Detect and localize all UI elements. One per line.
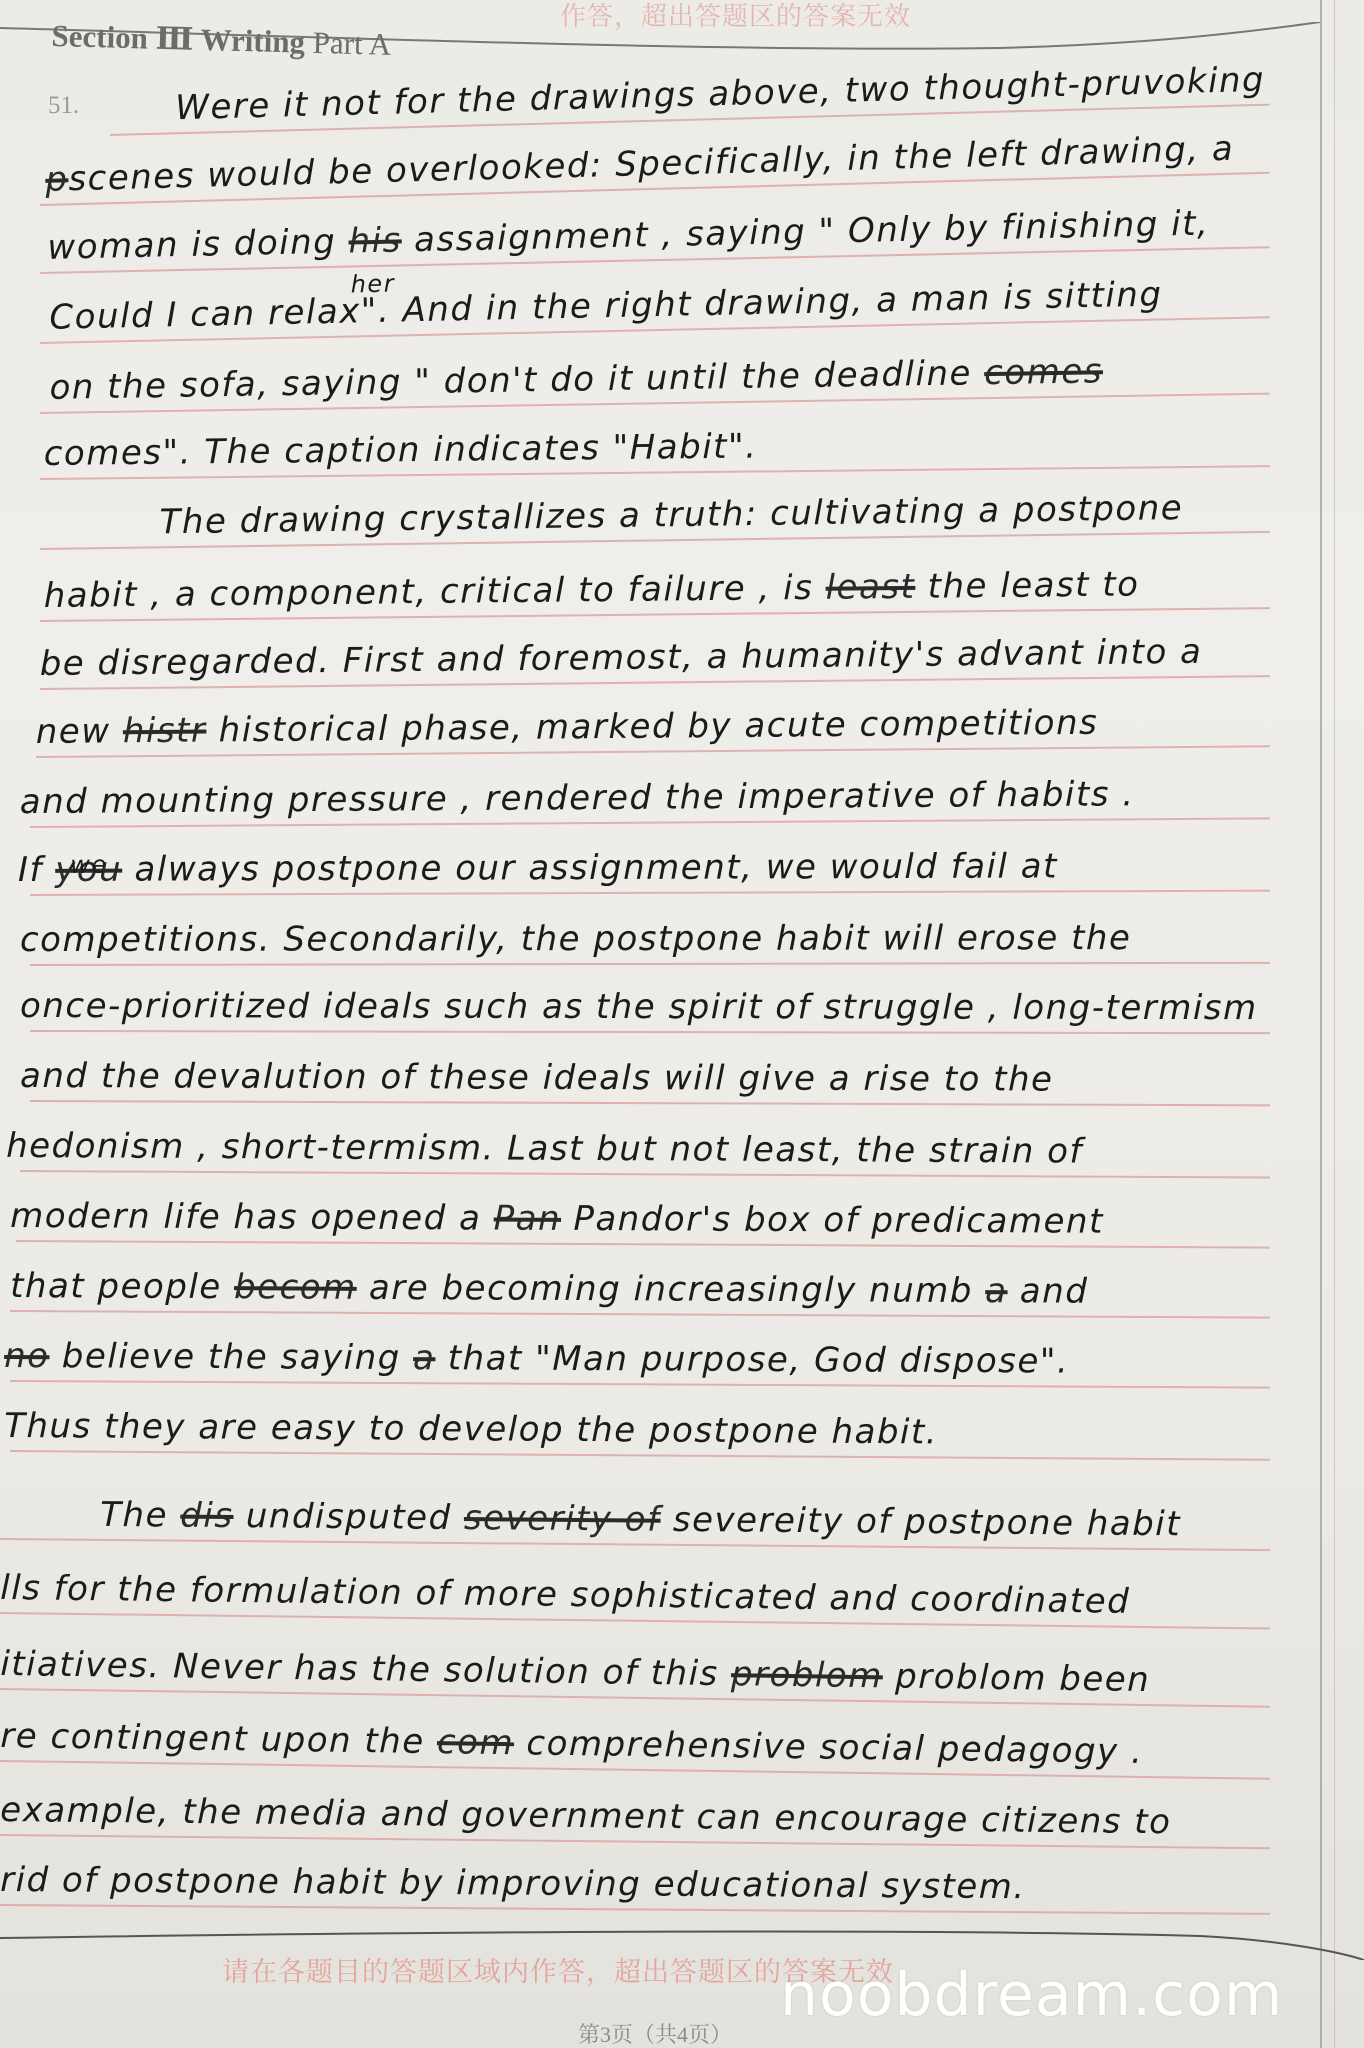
essay-line: no believe the saying a that "Man purpos… <box>10 1310 1270 1389</box>
text-segment: If <box>18 850 55 890</box>
struck-text: a <box>413 1338 436 1378</box>
struck-text: dis <box>180 1496 234 1536</box>
text-segment: rid of postpone habit by improving educa… <box>0 1860 1026 1907</box>
handwritten-text: no believe the saying a that "Man purpos… <box>4 1336 1069 1382</box>
text-segment: believe the saying <box>49 1336 413 1378</box>
handwritten-text: rid of postpone habit by improving educa… <box>0 1860 1026 1907</box>
text-segment: the least to <box>915 564 1140 606</box>
struck-text: a <box>985 1271 1008 1311</box>
handwritten-text: that people becom are becoming increasin… <box>10 1266 1088 1312</box>
handwritten-text: once-prioritized ideals such as the spir… <box>20 986 1258 1028</box>
handwritten-text: be disregarded. First and foremost, a hu… <box>40 632 1203 684</box>
handwritten-text: hedonism , short-termism. Last but not l… <box>6 1126 1083 1172</box>
text-segment: modern life has opened a <box>10 1196 494 1239</box>
essay-body: Were it not for the drawings above, two … <box>0 0 1364 2048</box>
struck-text: severity of <box>464 1498 661 1540</box>
text-segment: and <box>1007 1271 1088 1311</box>
struck-text: his <box>348 220 402 261</box>
text-segment: and mounting pressure , rendered the imp… <box>20 774 1135 822</box>
struck-text: comes <box>984 351 1103 393</box>
text-segment: undisputed <box>233 1496 464 1538</box>
handwritten-text: The dis undisputed severity of severeity… <box>100 1495 1181 1544</box>
text-segment: are becoming increasingly numb <box>357 1268 986 1311</box>
essay-line: modern life has opened a Pan Pandor's bo… <box>16 1170 1270 1249</box>
struck-text: becom <box>234 1267 357 1308</box>
handwritten-text: Thus they are easy to develop the postpo… <box>4 1406 938 1453</box>
essay-line: new histr historical phase, marked by ac… <box>35 675 1270 758</box>
essay-line: If youwe always postpone our assignment,… <box>30 820 1270 896</box>
essay-line: hedonism , short-termism. Last but not l… <box>20 1100 1270 1179</box>
text-segment: new <box>36 711 123 752</box>
text-segment: historical phase, marked by acute compet… <box>206 703 1098 751</box>
handwritten-text: modern life has opened a Pan Pandor's bo… <box>10 1196 1104 1242</box>
text-segment: once-prioritized ideals such as the spir… <box>20 986 1258 1028</box>
essay-line: competitions. Secondarily, the postpone … <box>30 892 1270 966</box>
text-segment: itiatives. Never has the solution of thi… <box>0 1644 731 1694</box>
struck-text: histr <box>123 711 207 752</box>
essay-line: and mounting pressure , rendered the imp… <box>29 747 1269 828</box>
text-segment: competitions. Secondarily, the postpone … <box>20 918 1131 960</box>
essay-line: The dis undisputed severity of severeity… <box>0 1468 1271 1551</box>
struck-text: com <box>437 1722 515 1763</box>
text-segment: Thus they are easy to develop the postpo… <box>4 1406 938 1453</box>
struck-text: no <box>4 1336 50 1376</box>
text-segment: problom been <box>883 1656 1151 1700</box>
text-segment: severeity of postpone habit <box>660 1500 1181 1545</box>
essay-line: lls for the formulation of more sophisti… <box>0 1542 1271 1630</box>
answer-sheet: 作答，超出答题区的答案无效 Section Ⅲ Writing Part A 5… <box>0 0 1364 2048</box>
text-segment: Pandor's box of predicament <box>561 1199 1104 1242</box>
essay-line: once-prioritized ideals such as the spir… <box>30 960 1270 1034</box>
text-segment: The <box>100 1495 180 1536</box>
struck-text: Pan <box>494 1199 562 1239</box>
text-segment: comprehensive social pedagogy . <box>514 1723 1144 1772</box>
essay-line: rid of postpone habit by improving educa… <box>0 1834 1270 1915</box>
watermark: noobdream.com <box>780 1960 1283 2030</box>
text-segment: that "Man purpose, God dispose". <box>435 1338 1069 1381</box>
text-segment: re contingent upon the <box>0 1716 437 1762</box>
text-segment: woman is doing <box>47 222 349 268</box>
handwritten-text: new histr historical phase, marked by ac… <box>36 703 1099 752</box>
text-segment: comes". The caption indicates "Habit". <box>44 426 758 473</box>
essay-line: and the devalution of these ideals will … <box>30 1030 1270 1106</box>
text-segment: hedonism , short-termism. Last but not l… <box>6 1126 1083 1172</box>
handwritten-text: If youwe always postpone our assignment,… <box>18 846 1058 890</box>
text-segment: and the devalution of these ideals will … <box>20 1056 1054 1100</box>
text-segment: that people <box>10 1266 234 1307</box>
text-segment: be disregarded. First and foremost, a hu… <box>40 632 1203 684</box>
handwritten-text: and the devalution of these ideals will … <box>20 1056 1054 1100</box>
ruled-line <box>0 1904 1270 1915</box>
text-segment: habit , a component, critical to failure… <box>44 568 826 616</box>
struck-text: p <box>45 159 69 200</box>
handwritten-text: and mounting pressure , rendered the imp… <box>20 774 1135 822</box>
handwritten-text: comes". The caption indicates "Habit". <box>44 426 758 473</box>
ruled-line <box>10 1450 1270 1461</box>
essay-line: Thus they are easy to develop the postpo… <box>10 1380 1270 1461</box>
page-number: 第3页（共4页） <box>578 2018 732 2048</box>
struck-text: problom <box>731 1654 883 1696</box>
essay-line: that people becom are becoming increasin… <box>10 1240 1270 1319</box>
struck-text: least <box>825 567 915 608</box>
text-segment: always postpone our assignment, we would… <box>122 846 1058 889</box>
correction-text: we <box>70 851 108 879</box>
handwritten-text: competitions. Secondarily, the postpone … <box>20 918 1131 960</box>
